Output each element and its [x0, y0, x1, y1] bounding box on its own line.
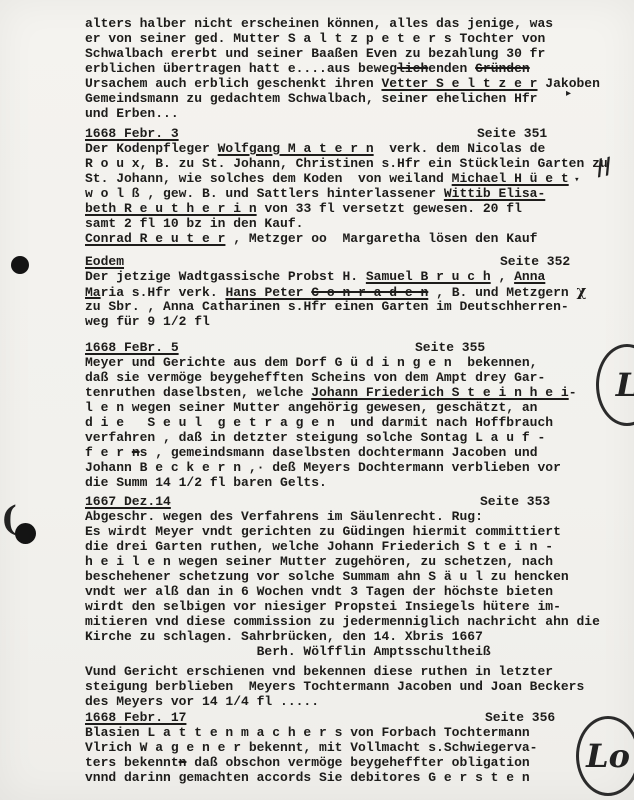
text-line: Vund Gericht erschienen vnd bekennen die… — [85, 664, 584, 679]
text-line: die Summ 14 1/2 fl baren Gelts. — [85, 475, 577, 490]
text-line: w o l ß , gew. B. und Sattlers hinterlas… — [85, 186, 608, 201]
text-line: Maria s.Hfr verk. Hans Peter C o n r a d… — [85, 284, 586, 299]
entry-gericht-bekenntnis: Vund Gericht erschienen vnd bekennen die… — [85, 664, 584, 709]
punch-dot-rug — [15, 523, 36, 544]
entry-1668-febr-5: 1668 FeBr. 5Seite 355Meyer und Gerichte … — [85, 340, 577, 490]
text-line: beschehener schetzung vor solche Summam … — [85, 569, 600, 584]
entry-date: 1667 Dez.14 — [85, 494, 171, 509]
page-reference: Seite 355 — [415, 340, 485, 355]
entry-header: EodemSeite 352 — [85, 254, 586, 269]
text-line: Der jetzige Wadtgassische Probst H. Samu… — [85, 269, 586, 284]
text-line: und Erben... — [85, 106, 600, 121]
page-reference: Seite 356 — [485, 710, 555, 725]
entry-date: 1668 Febr. 3 — [85, 126, 179, 141]
text-line: h e i l e n wegen seiner Mutter zugehöre… — [85, 554, 600, 569]
hw-circle-lo-mark: Lo — [576, 716, 634, 796]
text-line: verfahren , daß in detzter steigung solc… — [85, 430, 577, 445]
text-line: mitieren vnd diese commission zu jederme… — [85, 614, 600, 629]
text-line: Berh. Wölfflin Amptsschultheiß — [85, 644, 600, 659]
entry-date: 1668 FeBr. 5 — [85, 340, 179, 355]
entry-eodem: EodemSeite 352Der jetzige Wadtgassische … — [85, 254, 586, 329]
text-line: vnnd darinn gemachten accords Sie debito… — [85, 770, 537, 785]
text-line: Es wirdt Meyer vndt gerichten zu Güdinge… — [85, 524, 600, 539]
entry-header: 1668 FeBr. 5Seite 355 — [85, 340, 577, 355]
hw-paren-mark: ( — [1, 512, 17, 527]
text-line: weg für 9 1/2 fl — [85, 314, 586, 329]
page-reference: Seite 351 — [477, 126, 547, 141]
hw-double-slash-mark: // — [595, 158, 614, 176]
text-line: Gemeindsmann zu gedachtem Schwalbach, se… — [85, 91, 600, 106]
text-line: tenruthen daselbsten, welche Johann Frie… — [85, 385, 577, 400]
page-reference: Seite 353 — [480, 494, 550, 509]
text-line: l e n wegen seiner Mutter angehörig gewe… — [85, 400, 577, 415]
text-line: Johann B e c k e r n ,· deß Meyers Docht… — [85, 460, 577, 475]
scanned-document-page: alters halber nicht erscheinen können, a… — [0, 0, 634, 800]
text-line: alters halber nicht erscheinen können, a… — [85, 16, 600, 31]
entry-1667-dez-14: 1667 Dez.14Seite 353Abgeschr. wegen des … — [85, 494, 600, 659]
hw-circle-l-mark: L — [596, 344, 634, 426]
text-line: daß sie vermöge beygehefften Scheins von… — [85, 370, 577, 385]
text-line: Conrad R e u t e r , Metzger oo Margaret… — [85, 231, 608, 246]
entry-header: 1668 Febr. 3Seite 351 — [85, 126, 608, 141]
text-line: R o u x, B. zu St. Johann, Christinen s.… — [85, 156, 608, 171]
text-line: St. Johann, wie solches dem Koden von we… — [85, 171, 608, 186]
entry-1668-febr-3: 1668 Febr. 3Seite 351Der Kodenpfleger Wo… — [85, 126, 608, 246]
stray-mark: ▸ — [566, 86, 571, 101]
text-line: vndt wer alß dan in 6 Wochen vndt 3 Tage… — [85, 584, 600, 599]
entry-header: 1668 Febr. 17Seite 356 — [85, 710, 537, 725]
text-line: Meyer und Gerichte aus dem Dorf G ü d i … — [85, 355, 577, 370]
text-line: Der Kodenpfleger Wolfgang M a t e r n ve… — [85, 141, 608, 156]
text-line: d i e S e u l g e t r a g e n und darmit… — [85, 415, 577, 430]
text-line: samt 2 fl 10 bz in den Kauf. — [85, 216, 608, 231]
entry-continuation: alters halber nicht erscheinen können, a… — [85, 16, 600, 121]
text-line: er von seiner ged. Mutter S a l t z p e … — [85, 31, 600, 46]
text-line: ters bekenntn daß obschon vermöge beygeh… — [85, 755, 537, 770]
text-line: wirdt den selbigen vor niesiger Propstei… — [85, 599, 600, 614]
text-line: Blasien L a t t e n m a c h e r s von Fo… — [85, 725, 537, 740]
text-line: erblichen übertragen hatt e....aus beweg… — [85, 61, 600, 76]
entry-1668-febr-17: 1668 Febr. 17Seite 356Blasien L a t t e … — [85, 710, 537, 785]
page-reference: Seite 352 — [500, 254, 570, 269]
punch-dot-eodem — [11, 256, 29, 274]
entry-date: 1668 Febr. 17 — [85, 710, 186, 725]
text-line: die drei Garten ruthen, welche Johann Fr… — [85, 539, 600, 554]
text-line: beth R e u t h e r i n von 33 fl versetz… — [85, 201, 608, 216]
text-line: steigung berblieben Meyers Tochtermann J… — [85, 679, 584, 694]
text-line: Vlrich W a g e n e r bekennt, mit Vollma… — [85, 740, 537, 755]
text-line: f e r ns , gemeindsmann daselbsten docht… — [85, 445, 577, 460]
entry-header: 1667 Dez.14Seite 353 — [85, 494, 600, 509]
text-line: zu Sbr. , Anna Catharinen s.Hfr einen Ga… — [85, 299, 586, 314]
text-line: des Meyers vor 14 1/4 fl ..... — [85, 694, 584, 709]
text-line: Abgeschr. wegen des Verfahrens im Säulen… — [85, 509, 600, 524]
text-line: Schwalbach ererbt und seiner Baaßen Even… — [85, 46, 600, 61]
entry-date: Eodem — [85, 254, 124, 269]
text-line: Ursachem auch erblich geschenkt ihren Ve… — [85, 76, 600, 91]
text-line: Kirche zu schlagen. Sahrbrücken, den 14.… — [85, 629, 600, 644]
